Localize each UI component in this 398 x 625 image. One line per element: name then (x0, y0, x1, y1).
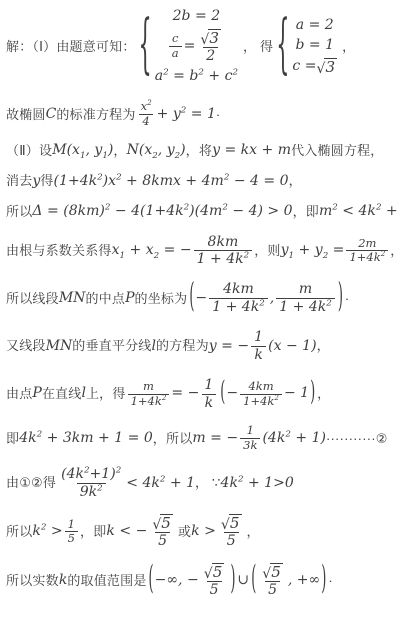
radicand: 5 (270, 563, 283, 581)
math-run: , (270, 290, 274, 308)
superscript: 2 (37, 429, 43, 439)
text-run: 在直线 (42, 386, 82, 402)
subscript: 1 (102, 151, 108, 161)
open-paren-icon: ( (250, 561, 257, 602)
fraction-numerator: √5 (259, 563, 286, 581)
text-run: 由点 (6, 386, 32, 402)
math-run: c = (292, 58, 316, 76)
subscript: 1 (289, 251, 295, 261)
text-run: ，即 (80, 524, 106, 540)
math-run: 8km (208, 234, 239, 251)
math-run: M(x1, y1) (52, 142, 113, 160)
math-run: 5 (158, 533, 167, 550)
math-run: 2 (206, 48, 215, 65)
math-run: < 4k2 + 1 (126, 475, 195, 493)
line-08-perpendicular-bisector: 又线段 MN 的垂直平分线 l 的方程为 y = − 1k(x − 1) ， (6, 329, 394, 364)
math-run: x1 + x2 = − (112, 242, 192, 260)
cases-rows: 2b = 2ca = √32a2 = b2 + c2 (155, 8, 238, 85)
fraction-denominator: 5 (155, 532, 170, 550)
superscript: 2 (381, 250, 386, 259)
paren-content: − 4km1 + 4k2, m1 + 4k2 (195, 281, 336, 316)
superscript: 2 (232, 67, 238, 77)
open-paren-icon: ( (219, 377, 226, 411)
text-run: 所以 (6, 204, 32, 220)
text-run: 故椭圆 (6, 107, 46, 123)
fraction: (4k2+1)29k2 (58, 466, 124, 501)
text-run: 的垂直平分线 (72, 338, 151, 354)
close-paren-icon: ) (337, 278, 344, 320)
paren-group: (−∞, − √55) (148, 563, 237, 599)
text-run: ， ∵ (195, 475, 220, 491)
text-run: 消去 (6, 173, 32, 189)
fraction-denominator: 3k (240, 438, 260, 453)
math-run: MN (59, 290, 86, 308)
line-09-P-on-l: 由点 P 在直线 l 上，得 m1+4k2 = − 1k(− 4km1+4k2 … (6, 377, 394, 412)
radicand: 3 (324, 58, 337, 76)
superscript: 2 (184, 202, 190, 212)
superscript: 2 (163, 67, 169, 77)
math-run: C (46, 106, 57, 124)
math-run: y = kx + m (212, 142, 291, 160)
radicand: 5 (229, 514, 242, 532)
math-run: 5 (227, 533, 236, 550)
fraction-denominator: 5 (207, 581, 222, 599)
math-run: 5 (271, 563, 281, 581)
math-run: 4 (142, 115, 149, 129)
text-run: 由①②得 (6, 475, 56, 491)
fraction-numerator: √5 (149, 514, 176, 532)
fraction: m1+4k2 (128, 380, 170, 409)
line-07-midpoint-P: 所以线段 MN 的中点 P 的坐标为(− 4km1 + 4k2, m1 + 4k… (6, 281, 394, 316)
cases-group: {2b = 2ca = √32a2 = b2 + c2 (139, 8, 238, 85)
text-run: 所以线段 (6, 291, 59, 307)
text-run: ， (317, 386, 330, 402)
square-root: √5 (221, 514, 242, 532)
superscript: 2 (116, 465, 122, 475)
fraction-denominator: 5 (224, 532, 239, 550)
fraction: √55 (149, 514, 176, 550)
paren-group: (− 4km1+4k2 − 1) (219, 380, 316, 409)
math-run: + y2 = 1 (157, 106, 216, 124)
math-run: 4km (248, 380, 273, 394)
fraction-numerator: 1 (244, 424, 257, 438)
math-run: 3 (209, 29, 219, 47)
math-run: b = 1 (295, 37, 334, 55)
close-paren-icon: ) (309, 377, 316, 411)
superscript: 2 (116, 172, 122, 182)
text-run: 所以实数 (6, 573, 59, 589)
subscript: 2 (154, 251, 160, 261)
fraction-numerator: 2m (355, 237, 379, 251)
fraction-numerator: x2 (138, 100, 155, 114)
fraction-numerator: 1 (251, 329, 266, 346)
fraction-denominator: 1 + 4k2 (276, 298, 335, 316)
fraction-numerator: m (296, 281, 315, 298)
text-run: ， (342, 39, 355, 55)
cases-row: 2b = 2 (173, 8, 221, 26)
fraction-denominator: k (251, 346, 266, 364)
math-run: m (299, 281, 312, 298)
math-run: 4k2 + 3km + 1 = 0 (19, 430, 153, 448)
paren-content: √55, +∞ (257, 563, 320, 599)
math-run: m (143, 380, 154, 394)
line-11-combine-1-2: 由①②得 (4k2+1)29k2 < 4k2 + 1， ∵ 4k2 + 1>0 (6, 466, 394, 501)
fraction-denominator: 4 (139, 114, 152, 129)
text-run: ···········② (326, 431, 388, 447)
square-root: √3 (200, 29, 221, 47)
text-run: ， (289, 173, 302, 189)
fraction: √55 (259, 563, 286, 599)
text-run: 即 (6, 431, 19, 447)
open-paren-icon: ( (188, 278, 195, 320)
superscript: 2 (162, 393, 167, 402)
superscript: 2 (244, 251, 250, 261)
math-run: y = − (209, 338, 249, 356)
cases-rows: a = 2b = 1c = √3 (292, 17, 337, 77)
text-run: 代入椭圆方程， (291, 143, 383, 159)
math-run: , +∞ (288, 572, 320, 590)
text-run: 解：（Ⅰ）由题意可知： (6, 39, 136, 55)
fraction-denominator: 5 (265, 581, 280, 599)
superscript: 2 (222, 202, 228, 212)
math-run: 4km (223, 281, 254, 298)
math-run: Δ = (8km)2 − 4(1+4k2)(4m2 − 4) > 0 (32, 203, 292, 221)
fraction-numerator: √5 (201, 563, 228, 581)
square-root: √5 (204, 563, 225, 581)
math-run: m = − (192, 430, 238, 448)
cases-row: ca = √32 (167, 29, 226, 65)
text-run: 或 (178, 524, 191, 540)
fraction: 2m1+4k2 (346, 237, 388, 266)
math-run: y (32, 173, 40, 191)
math-run: (4k2+1)2 (61, 466, 121, 483)
math-run: N(x2, y2) (127, 142, 186, 160)
math-run: − (226, 385, 238, 403)
fraction-denominator: 2 (203, 47, 218, 65)
fraction-numerator: c (169, 32, 181, 46)
fraction: 1k (201, 377, 216, 412)
fraction-numerator: 1 (201, 377, 216, 394)
fraction-numerator: √5 (218, 514, 245, 532)
text-run: ， (317, 338, 330, 354)
fraction: 4km1+4k2 (240, 380, 282, 409)
fraction-denominator: 9k2 (77, 483, 106, 501)
superscript: 2 (41, 522, 47, 532)
superscript: 2 (224, 172, 230, 182)
fraction-denominator: 1+4k2 (346, 250, 388, 265)
text-run: ， (247, 524, 260, 540)
math-run: 5 (68, 532, 75, 546)
fraction: 8km1 + 4k2 (194, 234, 253, 269)
math-run: k > (191, 523, 216, 541)
math-run: (x − 1) (268, 338, 316, 356)
cases-row: a = 2 (296, 17, 334, 35)
superscript: 2 (326, 299, 332, 309)
math-run: 1 + 4k2 (212, 299, 265, 316)
math-run: k (59, 572, 68, 590)
square-root: √5 (262, 563, 283, 581)
close-paren-icon: ) (229, 561, 236, 602)
cases-group: {a = 2b = 1c = √3 (276, 17, 337, 77)
fraction-denominator: 1+4k2 (128, 394, 170, 409)
radicand: 5 (212, 563, 225, 581)
math-run: 1+4k2 (243, 395, 279, 409)
subscript: 2 (175, 151, 181, 161)
open-paren-icon: ( (148, 561, 155, 602)
superscript: 2 (84, 465, 90, 475)
math-run: P (32, 385, 41, 403)
superscript: 2 (105, 202, 111, 212)
superscript: 2 (238, 474, 244, 484)
math-run: 5 (210, 582, 219, 599)
superscript: 2 (181, 105, 187, 115)
line-13-range-of-k: 所以实数 k 的取值范围是(−∞, − √55)∪(√55, +∞) · (6, 563, 394, 599)
text-run: 得 (40, 173, 53, 189)
line-12-k-squared: 所以 k2 > 15 ，即 k < − √55 或 k > √55 ， (6, 514, 394, 550)
superscript: 2 (97, 172, 103, 182)
math-run: 2m (358, 237, 376, 251)
text-run: ，将 (186, 143, 212, 159)
math-run: 1 (204, 377, 213, 394)
fraction-numerator: 4km (220, 281, 257, 298)
subscript: 2 (152, 151, 158, 161)
superscript: 2 (285, 429, 291, 439)
paren-content: −∞, − √55 (155, 563, 230, 599)
document-page: 解：（Ⅰ）由题意可知：{2b = 2ca = √32a2 = b2 + c2， … (0, 0, 398, 625)
cases-row: b = 1 (295, 37, 334, 55)
math-run: 1 (247, 424, 254, 438)
math-run: a (172, 47, 179, 61)
brace-icon: { (276, 6, 289, 87)
text-run: （Ⅱ）设 (6, 143, 52, 159)
line-02-ellipse-equation: 故椭圆 C 的标准方程为 x24 + y2 = 1· (6, 100, 394, 129)
superscript: 2 (332, 202, 338, 212)
superscript: 2 (376, 202, 382, 212)
math-run: 5 (268, 582, 277, 599)
fraction: ca (169, 32, 182, 61)
math-run: a = 2 (296, 17, 334, 35)
paren-group: (√55, +∞) (250, 563, 327, 599)
fraction: √55 (218, 514, 245, 550)
math-run: k < − (106, 523, 147, 541)
superscript: 2 (259, 299, 265, 309)
math-run: 1 + 4k2 (197, 251, 250, 268)
fraction: √55 (201, 563, 228, 599)
fraction: 13k (240, 424, 260, 453)
text-run: 的中点 (85, 291, 125, 307)
text-run: 由根与系数关系得 (6, 243, 112, 259)
math-run: 1+4k2 (131, 395, 167, 409)
math-run: y1 + y2 = (281, 242, 345, 260)
text-run: ，即 (293, 204, 319, 220)
math-run: P (125, 290, 134, 308)
superscript: 2 (97, 483, 103, 493)
radicand: 3 (208, 29, 221, 47)
superscript: 2 (147, 99, 152, 108)
fraction-denominator: 5 (65, 531, 78, 546)
text-run: ， 得 (243, 39, 273, 55)
line-06-vieta: 由根与系数关系得 x1 + x2 = − 8km1 + 4k2 ，则 y1 + … (6, 234, 394, 269)
math-run: c (172, 32, 178, 46)
paren-group: (− 4km1 + 4k2, m1 + 4k2) (188, 281, 344, 316)
math-run: 1 (254, 329, 263, 346)
math-run: 4k2 + 1>0 (221, 475, 294, 493)
fraction-denominator: 1+4k2 (240, 394, 282, 409)
text-run: · (216, 107, 221, 123)
fraction: √32 (197, 29, 224, 65)
paren-content: − 4km1+4k2 − 1 (226, 380, 309, 409)
text-run: · (345, 291, 350, 307)
math-run: 5 (230, 514, 240, 532)
text-run: ，则 (254, 243, 280, 259)
math-run: 1 (68, 518, 75, 532)
math-run: x2 (141, 100, 152, 114)
math-run: − (195, 290, 207, 308)
text-run: ，所以 (153, 431, 193, 447)
square-root: √3 (317, 58, 338, 76)
fraction-numerator: 8km (205, 234, 242, 251)
math-run: MN (46, 338, 73, 356)
fraction: m1 + 4k2 (276, 281, 335, 316)
math-run: k2 > (32, 523, 62, 541)
superscript: 2 (198, 67, 204, 77)
math-run: (4k2 + 1) (262, 430, 326, 448)
line-01-given-conditions: 解：（Ⅰ）由题意可知：{2b = 2ca = √32a2 = b2 + c2， … (6, 8, 394, 85)
math-run: ∪ (237, 572, 249, 590)
radicand: 5 (160, 514, 173, 532)
text-run: 的方程为 (156, 338, 209, 354)
brace-icon: { (139, 6, 152, 87)
close-paren-icon: ) (320, 561, 327, 602)
math-run: 3 (325, 58, 335, 76)
line-05-discriminant: 所以 Δ = (8km)2 − 4(1+4k2)(4m2 − 4) > 0，即 … (6, 203, 394, 221)
subscript: 1 (80, 151, 86, 161)
fraction-numerator: m (140, 380, 157, 394)
fraction-numerator: 4km (245, 380, 276, 394)
text-run: 上，得 (86, 386, 126, 402)
fraction-numerator: √3 (197, 29, 224, 47)
line-04-eliminate-y: 消去 y 得 (1+4k2)x2 + 8kmx + 4m2 − 4 = 0 ， (6, 173, 394, 191)
text-run: ， (113, 143, 126, 159)
fraction-denominator: 1 + 4k2 (194, 250, 253, 268)
math-run: k (205, 395, 214, 412)
math-run: − 1 (284, 385, 309, 403)
math-run: = − (171, 385, 199, 403)
math-run: 1 + 4k2 (279, 299, 332, 316)
fraction: 1k (251, 329, 266, 364)
fraction-numerator: 1 (65, 518, 78, 532)
text-run: ， (390, 243, 398, 259)
math-run: 2b = 2 (173, 8, 221, 26)
math-run: 1+4k2 (349, 251, 385, 265)
fraction-numerator: (4k2+1)2 (58, 466, 124, 483)
math-run: (1+4k2)x2 + 8kmx + 4m2 − 4 = 0 (54, 173, 289, 191)
math-run: 5 (213, 563, 223, 581)
subscript: 1 (120, 251, 126, 261)
text-run: 的坐标为 (135, 291, 188, 307)
math-run: 9k2 (80, 484, 103, 501)
fraction: 4km1 + 4k2 (209, 281, 268, 316)
line-03-setup-MN: （Ⅱ）设 M(x1, y1)，N(x2, y2)，将 y = kx + m 代入… (6, 142, 394, 160)
line-10-solve-m: 即 4k2 + 3km + 1 = 0 ，所以 m = − 13k(4k2 + … (6, 424, 394, 453)
fraction-denominator: k (202, 394, 217, 412)
text-run: 的取值范围是 (67, 573, 146, 589)
math-run: 3k (243, 439, 257, 453)
text-run: · (328, 573, 333, 589)
math-run: = (184, 38, 196, 56)
math-run: m2 < 4k2 + 1 (319, 203, 398, 221)
superscript: 2 (160, 474, 166, 484)
solution-lines: 解：（Ⅰ）由题意可知：{2b = 2ca = √32a2 = b2 + c2， … (6, 8, 394, 599)
fraction-denominator: a (169, 46, 182, 61)
math-run: k (254, 347, 263, 364)
text-run: 又线段 (6, 338, 46, 354)
subscript: 2 (323, 251, 329, 261)
math-run: a2 = b2 + c2 (155, 68, 238, 86)
math-run: 5 (161, 514, 171, 532)
superscript: 2 (274, 393, 279, 402)
text-run: 的标准方程为 (56, 107, 135, 123)
text-run: 所以 (6, 524, 32, 540)
fraction-denominator: 1 + 4k2 (209, 298, 268, 316)
cases-row: a2 = b2 + c2 (155, 68, 238, 86)
fraction: 15 (65, 518, 78, 547)
fraction: x24 (138, 100, 155, 129)
square-root: √5 (152, 514, 173, 532)
cases-row: c = √3 (292, 58, 337, 76)
math-run: −∞, − (155, 572, 199, 590)
